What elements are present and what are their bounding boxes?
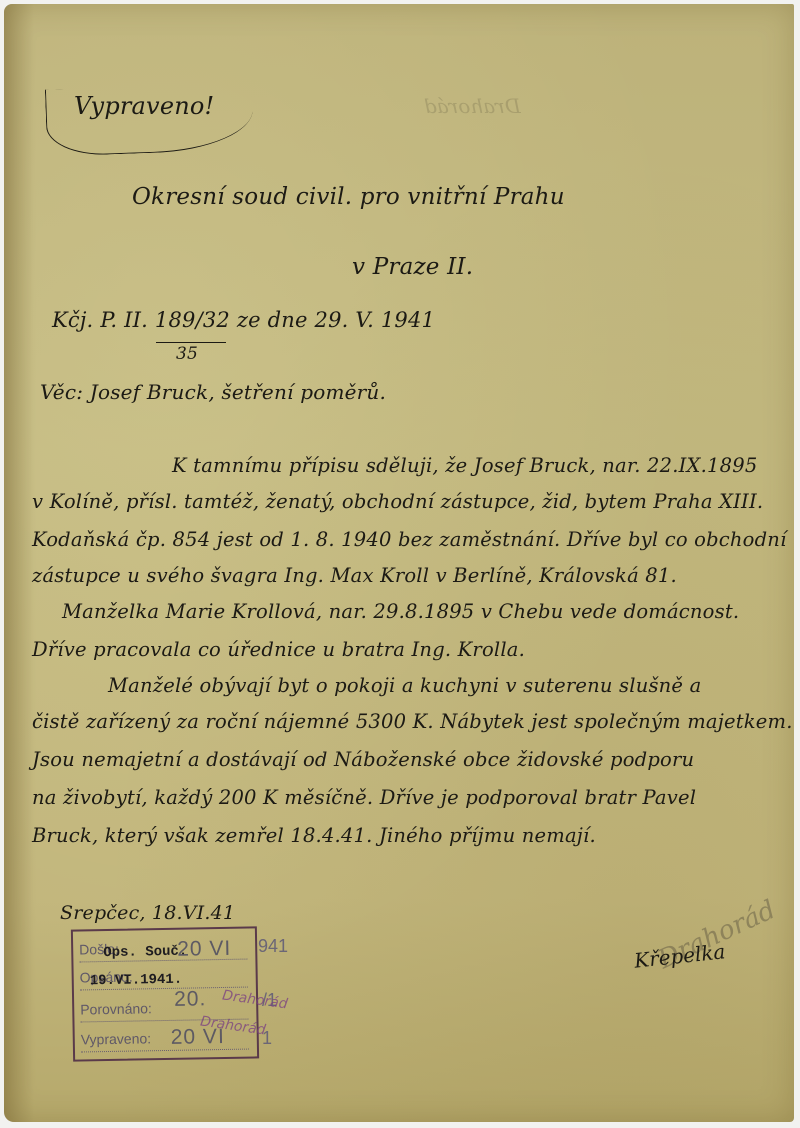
reference-number: P. II. 189/32 <box>100 308 230 332</box>
subject-line: Věc: Josef Bruck, šetření poměrů. <box>40 380 386 404</box>
stamp-year-overflow: 941 <box>258 936 288 957</box>
court-heading: Okresní soud civil. pro vnitřní Prahu <box>132 184 565 210</box>
body-line: K tamnímu přípisu sděluji, že Josef Bruc… <box>172 454 757 477</box>
stamp-date-compared: 20. <box>174 987 207 1012</box>
body-line: Dříve pracovala co úřednice u bratra Ing… <box>32 638 525 661</box>
body-line: na živobytí, každý 200 K měsíčně. Dříve … <box>32 786 696 809</box>
body-line: Bruck, který však zemřel 18.4.41. Jiného… <box>32 824 596 847</box>
ink-signature: Křepelka <box>633 939 726 972</box>
bleed-through-text: Drahorád <box>424 94 521 118</box>
stamp-typed-date: 19.VI.1941. <box>90 972 183 990</box>
reference-sub-number: 35 <box>176 344 198 364</box>
dispatched-note: Vypraveno! <box>74 92 214 120</box>
body-line: Manželé obývají byt o pokoji a kuchyni v… <box>108 674 701 697</box>
body-line: v Kolíně, přísl. tamtéž, ženatý, obchodn… <box>32 490 763 513</box>
court-place: v Praze II. <box>352 254 473 280</box>
body-line: Jsou nemajetní a dostávají od Náboženské… <box>32 748 694 771</box>
place-and-date: Srepčec, 18.VI.41 <box>60 902 235 924</box>
body-line: zástupce u svého švagra Ing. Max Kroll v… <box>32 564 677 587</box>
reference-date: ze dne 29. V. 1941 <box>237 308 435 332</box>
body-line: Manželka Marie Krollová, nar. 29.8.1895 … <box>62 600 739 623</box>
reference-label: Kčj. <box>52 308 93 332</box>
stamp-typed-copy-note: Ops. Souč. <box>103 944 187 961</box>
stamp-date-received: 20 VI <box>177 937 231 962</box>
reference-line: Kčj. P. II. 189/32 ze dne 29. V. 1941 <box>52 308 435 332</box>
body-line: čistě zařízený za roční nájemné 5300 K. … <box>32 710 793 733</box>
body-line: Kodaňská čp. 854 jest od 1. 8. 1940 bez … <box>32 528 787 551</box>
reference-fraction-line <box>156 342 226 343</box>
document-page: Drahorád Vypraveno! Okresní soud civil. … <box>4 4 794 1122</box>
